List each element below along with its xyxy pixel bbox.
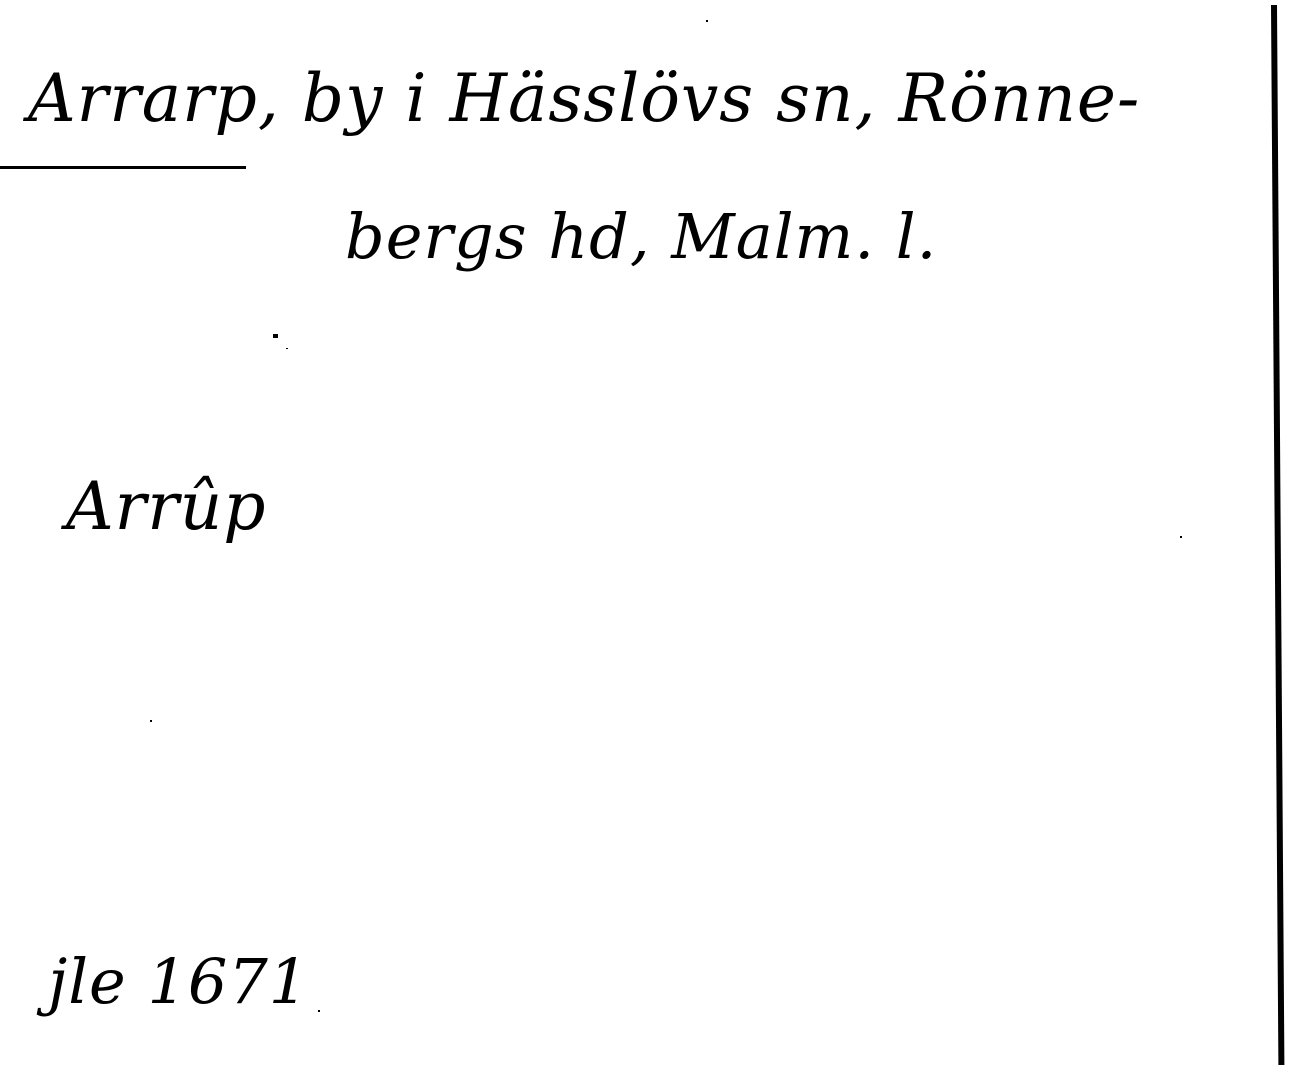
variant-form: Arrûp — [66, 468, 267, 545]
scan-speck — [318, 1010, 320, 1012]
scan-speck — [1180, 536, 1182, 538]
card-edge-border — [1271, 5, 1284, 1065]
archive-card: Arrarp, by i Hässlövs sn, Rönne- bergs h… — [0, 0, 1290, 1069]
source-year: jle 1671 — [48, 945, 309, 1018]
entry-line-1: Arrarp, by i Hässlövs sn, Rönne- — [28, 60, 1140, 137]
scan-speck — [286, 348, 288, 349]
headword-underline — [0, 166, 246, 169]
scan-speck — [150, 720, 152, 722]
scan-speck — [706, 20, 708, 22]
scan-speck — [273, 334, 278, 338]
entry-line-2: bergs hd, Malm. l. — [345, 200, 937, 273]
entry-line-1-rest: , by i Hässlövs sn, Rönne- — [258, 60, 1140, 137]
headword: Arrarp — [28, 60, 258, 137]
